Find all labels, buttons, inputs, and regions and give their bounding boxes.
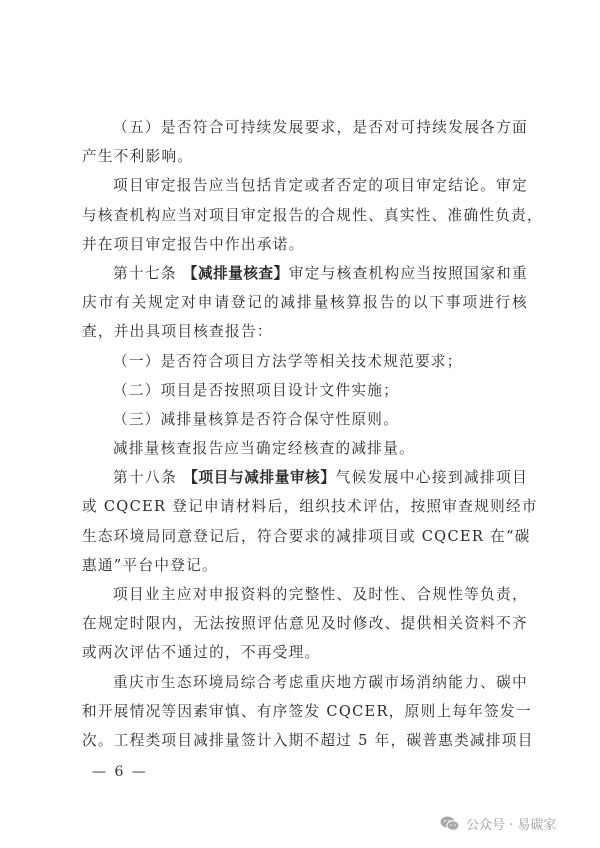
document-body: （五）是否符合可持续发展要求，是否对可持续发展各方面产生不利影响。项目审定报告应… bbox=[82, 113, 528, 755]
article-text: 气候发展中心接到减排项目 bbox=[336, 469, 528, 486]
text-line: （一）是否符合项目方法学等相关技术规范要求； bbox=[82, 347, 528, 376]
text-line: 或 CQCER 登记申请材料后，组织技术评估，按照审查规则经市 bbox=[82, 492, 528, 521]
watermark-text: 公众号 · 易碳家 bbox=[466, 814, 556, 833]
text-line: 和开展情况等因素审慎、有序签发 CQCER，原则上每年签发一 bbox=[82, 697, 528, 726]
article-heading: 【减排量核查】 bbox=[183, 265, 289, 282]
article-text: 审定与核查机构应当按照国家和重 bbox=[289, 265, 528, 282]
text-line: 重庆市生态环境局综合考虑重庆地方碳市场消纳能力、碳中 bbox=[82, 668, 528, 697]
text-line: 项目审定报告应当包括肯定或者否定的项目审定结论。审定 bbox=[82, 171, 528, 200]
article-number: 第十七条 bbox=[113, 265, 177, 282]
text-line: 庆市有关规定对申请登记的减排量核算报告的以下事项进行核 bbox=[82, 288, 528, 317]
text-line: 次。工程类项目减排量签计入期不超过 5 年，碳普惠类减排项目 bbox=[82, 726, 528, 755]
text-line: 第十八条 【项目与减排量审核】气候发展中心接到减排项目 bbox=[82, 463, 528, 492]
text-line: 项目业主应对申报资料的完整性、及时性、合规性等负责， bbox=[82, 580, 528, 609]
text-line: 第十七条 【减排量核查】审定与核查机构应当按照国家和重 bbox=[82, 259, 528, 288]
text-line: 并在项目审定报告中作出承诺。 bbox=[82, 230, 528, 259]
article-heading: 【项目与减排量审核】 bbox=[183, 469, 335, 486]
text-line: （三）减排量核算是否符合保守性原则。 bbox=[82, 405, 528, 434]
text-line: 查，并出具项目核查报告： bbox=[82, 317, 528, 346]
text-line: 减排量核查报告应当确定经核查的减排量。 bbox=[82, 434, 528, 463]
text-line: 或两次评估不通过的，不再受理。 bbox=[82, 638, 528, 667]
text-line: 在规定时限内，无法按照评估意见及时修改、提供相关资料不齐 bbox=[82, 609, 528, 638]
text-line: 与核查机构应当对项目审定报告的合规性、真实性、准确性负责， bbox=[82, 201, 528, 230]
watermark: 公众号 · 易碳家 bbox=[440, 814, 556, 833]
text-line: （二）项目是否按照项目设计文件实施； bbox=[82, 376, 528, 405]
text-line: 生态环境局同意登记后，符合要求的减排项目或 CQCER 在“碳 bbox=[82, 522, 528, 551]
wechat-icon bbox=[440, 816, 460, 831]
article-number: 第十八条 bbox=[113, 469, 177, 486]
text-line: （五）是否符合可持续发展要求，是否对可持续发展各方面 bbox=[82, 113, 528, 142]
page-number: — 6 — bbox=[92, 764, 148, 780]
text-line: 产生不利影响。 bbox=[82, 142, 528, 171]
text-line: 惠通”平台中登记。 bbox=[82, 551, 528, 580]
